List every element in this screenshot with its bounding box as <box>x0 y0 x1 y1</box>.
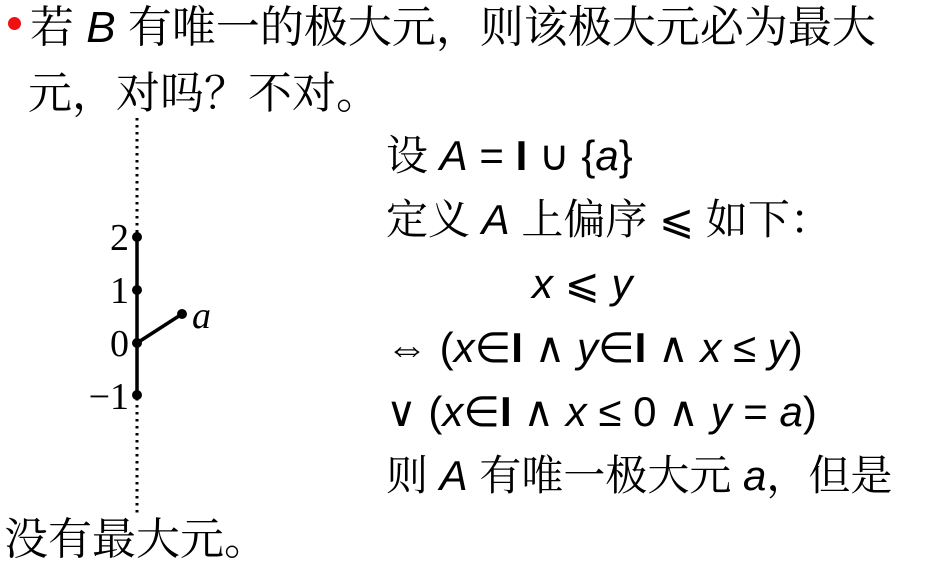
tick-label-0: 0 <box>110 323 129 365</box>
lecture-slide: 若 B 有唯一的极大元，则该极大元必为最大 元，对吗？不对。 2 1 0 −1 … <box>0 0 951 574</box>
text-segment: 若 <box>30 3 86 52</box>
text-segment: ) <box>803 388 817 435</box>
text-segment: 定义 <box>386 196 482 243</box>
derivation-line-4: ⇔ (x∈I ∧ y∈I ∧ x ≤ y) <box>386 324 803 372</box>
text-segment: ∧ <box>646 324 700 371</box>
text-segment: 有唯一极大元 <box>468 452 743 499</box>
text-segment: A <box>482 196 510 243</box>
node-minus1 <box>132 390 142 400</box>
text-segment: ∈ <box>598 324 635 371</box>
intro-line-1: 若 B 有唯一的极大元，则该极大元必为最大 <box>30 3 876 53</box>
derivation-line-2: 定义 A 上偏序 ⩽ 如下： <box>386 196 832 244</box>
text-segment: A <box>440 452 468 499</box>
text-segment: ∪ { <box>527 132 595 179</box>
text-segment: I <box>500 388 512 435</box>
tick-label-2: 2 <box>110 217 129 259</box>
text-segment: ∨ ( <box>386 388 442 435</box>
text-segment: I <box>516 132 528 179</box>
derivation-line-5: ∨ (x∈I ∧ x ≤ 0 ∧ y = a) <box>386 388 817 436</box>
bullet-icon <box>8 17 21 30</box>
text-segment: 设 <box>386 132 440 179</box>
point-label-a: a <box>192 295 211 337</box>
text-segment: ，但是 <box>766 452 892 499</box>
derivation-line-3: x ⩽ y <box>532 260 633 308</box>
text-segment: I <box>635 324 647 371</box>
text-segment: } <box>619 132 633 179</box>
text-segment: ⩽ <box>553 260 612 307</box>
text-segment: A <box>440 132 468 179</box>
text-segment: I <box>511 324 523 371</box>
text-segment: x <box>454 324 475 371</box>
node-0 <box>132 338 142 348</box>
hasse-diagram: 2 1 0 −1 a <box>0 110 280 532</box>
text-segment: y <box>577 324 598 371</box>
node-2 <box>132 232 142 242</box>
text-segment: ) <box>789 324 803 371</box>
node-a <box>177 309 187 319</box>
text-segment: y <box>711 388 732 435</box>
text-segment: = <box>468 132 516 179</box>
text-segment: y <box>768 324 789 371</box>
edge-0-to-a <box>137 314 182 343</box>
text-segment: ≤ 0 ∧ <box>587 388 711 435</box>
text-segment: 没有最大元。 <box>4 515 268 564</box>
text-segment: a <box>779 388 802 435</box>
tick-label-1: 1 <box>110 270 129 312</box>
text-segment: a <box>595 132 618 179</box>
text-segment: y <box>612 260 633 307</box>
text-segment: ∧ <box>512 388 566 435</box>
text-segment: x <box>532 260 553 307</box>
text-segment: x <box>442 388 463 435</box>
node-1 <box>132 285 142 295</box>
text-segment: ∧ <box>523 324 577 371</box>
text-segment: 上偏序 ⩽ 如下： <box>510 196 832 243</box>
text-segment: ∈ <box>475 324 512 371</box>
text-segment: x <box>700 324 721 371</box>
text-segment: 则 <box>386 452 440 499</box>
text-segment: a <box>743 452 766 499</box>
text-segment: 有唯一的极大元，则该极大元必为最大 <box>116 3 876 52</box>
derivation-line-6: 则 A 有唯一极大元 a，但是 <box>386 452 892 500</box>
tick-label-minus1: −1 <box>89 376 129 418</box>
footer-line: 没有最大元。 <box>4 515 268 565</box>
text-segment: x <box>566 388 587 435</box>
text-segment: B <box>86 3 115 52</box>
text-segment: ≤ <box>721 324 767 371</box>
text-segment: = <box>732 388 780 435</box>
text-segment: ⇔ ( <box>386 324 454 371</box>
derivation-line-1: 设 A = I ∪ {a} <box>386 132 633 180</box>
text-segment: ∈ <box>463 388 500 435</box>
